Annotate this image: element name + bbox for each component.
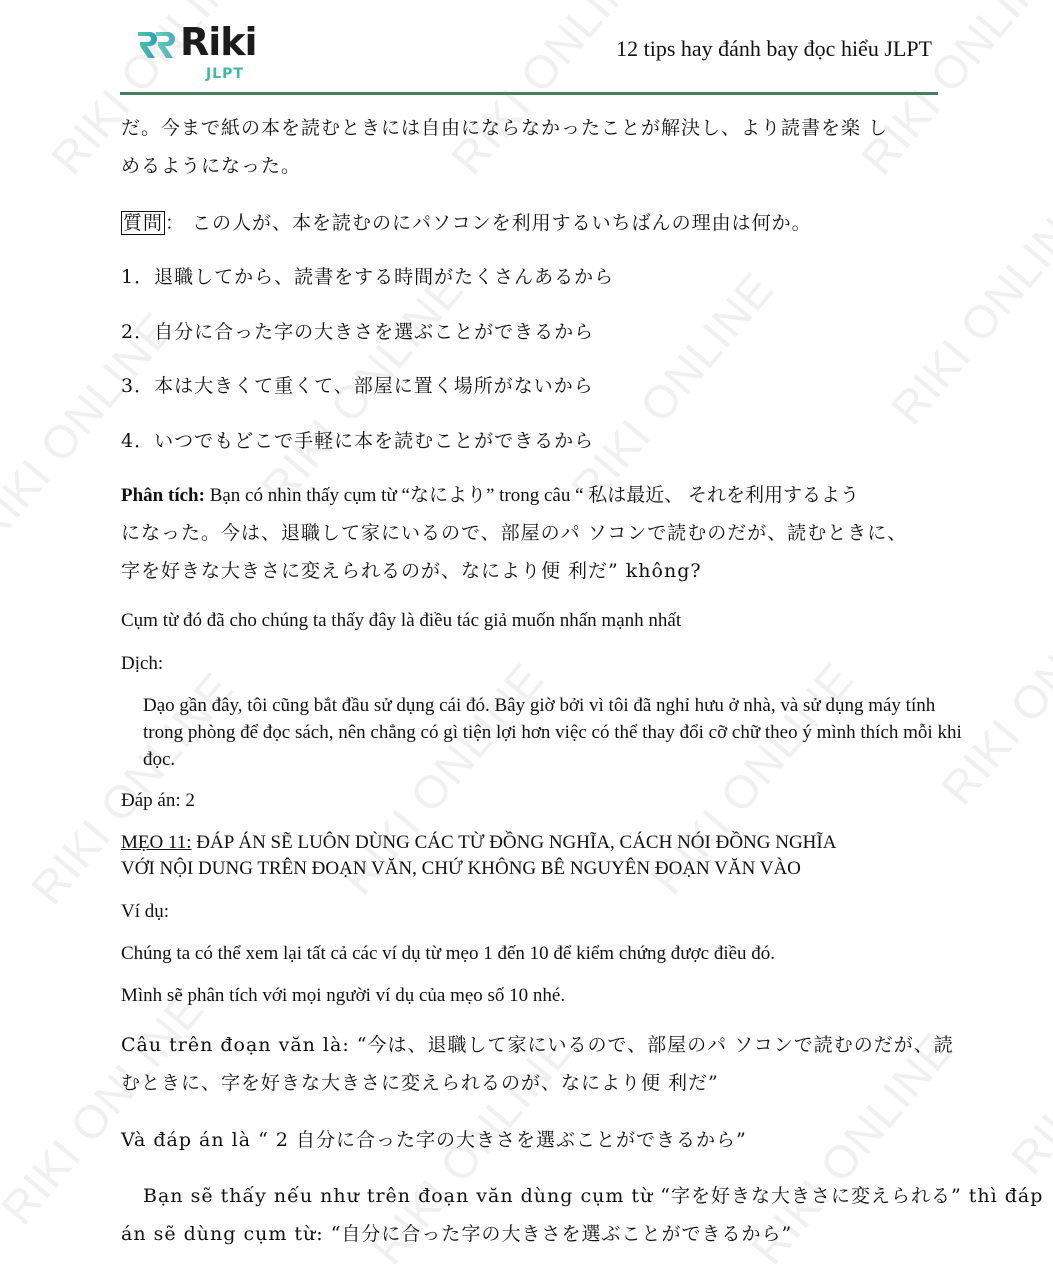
document-page: Riki JLPT 12 tips hay đánh bay đọc hiểu … bbox=[0, 0, 1053, 1288]
option-number: 4． bbox=[121, 430, 154, 452]
header-divider bbox=[120, 92, 938, 95]
passage-line: めるようになった。 bbox=[121, 151, 301, 178]
option-text: 本は大きくて重くて、部屋に置く場所がないから bbox=[154, 375, 594, 397]
answer-quote: Và đáp án là “ 2 自分に合った字の大きさを選ぶことができるから” bbox=[121, 1125, 747, 1152]
logo-subtext: JLPT bbox=[206, 66, 244, 82]
tip-11-title-line-2: VỚI NỘI DUNG TRÊN ĐOẠN VĂN, CHỨ KHÔNG BÊ… bbox=[121, 858, 801, 880]
passage-line: だ。今まで紙の本を読むときには自由にならなかったことが解決し、より読書を楽 し bbox=[121, 113, 888, 140]
option-text: いつでもどこで手軽に本を読むことができるから bbox=[154, 430, 594, 452]
option-3: 3．本は大きくて重くて、部屋に置く場所がないから bbox=[121, 371, 594, 398]
logo-wordmark: Riki bbox=[180, 20, 257, 64]
tip-11-label: MẸO 11: bbox=[121, 832, 192, 853]
question: 質問： この人が、本を読むのにパソコンを利用するいちばんの理由は何か。 bbox=[121, 208, 812, 235]
passage-quote-line-1: Câu trên đoạn văn là: “今は、退職して家にいるので、部屋の… bbox=[121, 1030, 954, 1057]
option-4: 4．いつでもどこで手軽に本を読むことができるから bbox=[121, 426, 594, 453]
answer: Đáp án: 2 bbox=[121, 790, 195, 812]
option-number: 2． bbox=[121, 321, 154, 343]
translation-text: Dạo gần đây, tôi cũng bắt đầu sử dụng cá… bbox=[121, 692, 963, 773]
example-label: Ví dụ: bbox=[121, 901, 169, 923]
example-line-2: Mình sẽ phân tích với mọi người ví dụ củ… bbox=[121, 985, 565, 1007]
analysis-line-1: Phân tích: Bạn có nhìn thấy cụm từ “なにより… bbox=[121, 480, 859, 507]
analysis-text: Bạn có nhìn thấy cụm từ “なにより” trong câu… bbox=[205, 485, 859, 506]
question-label: 質問 bbox=[121, 211, 165, 235]
option-number: 1． bbox=[121, 266, 154, 288]
passage-quote-line-2: むときに、字を好きな大きさに変えられるのが、なにより便 利だ” bbox=[121, 1068, 719, 1095]
option-2: 2．自分に合った字の大きさを選ぶことができるから bbox=[121, 317, 594, 344]
option-1: 1．退職してから、読書をする時間がたくさんあるから bbox=[121, 262, 614, 289]
riki-logo-mark-icon bbox=[136, 30, 180, 60]
example-line-1: Chúng ta có thể xem lại tất cả các ví dụ… bbox=[121, 943, 775, 965]
conclusion-line-1: Bạn sẽ thấy nếu như trên đoạn văn dùng c… bbox=[143, 1181, 1043, 1208]
tip-11-title-line-1: MẸO 11: ĐÁP ÁN SẼ LUÔN DÙNG CÁC TỪ ĐỒNG … bbox=[121, 832, 836, 854]
option-number: 3． bbox=[121, 375, 154, 397]
option-text: 自分に合った字の大きさを選ぶことができるから bbox=[154, 321, 594, 343]
analysis-line-2: になった。今は、退職して家にいるので、部屋のパ ソコンで読むのだが、読むときに、 bbox=[121, 518, 907, 545]
riki-logo: Riki JLPT bbox=[136, 26, 266, 86]
analysis-label: Phân tích: bbox=[121, 485, 205, 506]
option-text: 退職してから、読書をする時間がたくさんあるから bbox=[154, 266, 614, 288]
conclusion-line-2: án sẽ dùng cụm từ: “自分に合った字の大きさを選ぶことができる… bbox=[121, 1219, 792, 1246]
tip-11-title: ĐÁP ÁN SẼ LUÔN DÙNG CÁC TỪ ĐỒNG NGHĨA, C… bbox=[192, 832, 837, 853]
document-title: 12 tips hay đánh bay đọc hiểu JLPT bbox=[616, 36, 932, 62]
question-text: ： この人が、本を読むのにパソコンを利用するいちばんの理由は何か。 bbox=[165, 212, 812, 234]
translation-label: Dịch: bbox=[121, 653, 163, 675]
emphasis-note: Cụm từ đó đã cho chúng ta thấy đây là đi… bbox=[121, 610, 681, 632]
page-header: Riki JLPT 12 tips hay đánh bay đọc hiểu … bbox=[120, 22, 938, 96]
analysis-line-3: 字を好きな大きさに変えられるのが、なにより便 利だ” không? bbox=[121, 556, 702, 583]
translation-body: Dạo gần đây, tôi cũng bắt đầu sử dụng cá… bbox=[143, 695, 962, 770]
